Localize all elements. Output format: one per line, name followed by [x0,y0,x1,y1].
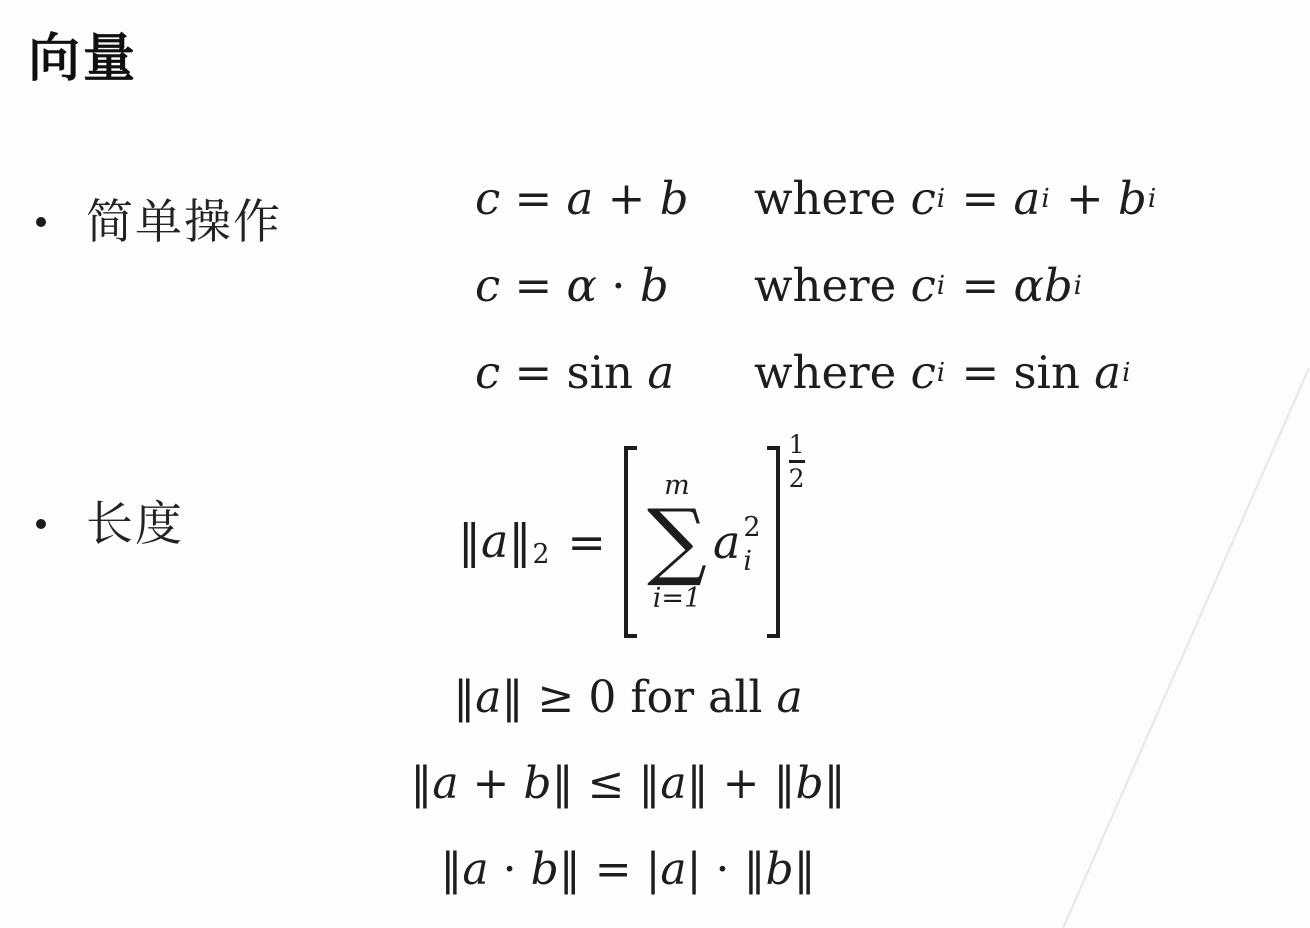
equals-sign: = [567,515,606,569]
bullet-label-simple-operations: 简单操作 [86,194,282,250]
equation-elementwise-sin: c = sin a [475,329,730,416]
sigma-icon: ∑ [647,502,707,579]
norm-nonnegativity: ‖a‖ ≥ 0 for all a [378,655,878,741]
slide-canvas: 向量 简单操作 长度 c = a + b where ci = ai + bi … [0,0,1310,928]
term-subscript: i [743,548,760,575]
term-scripts: 2 i [743,514,760,575]
sum-lower-limit: i=1 [653,585,701,612]
bullet-dot-icon [36,519,46,529]
triangle-inequality: ‖a + b‖ ≤ ‖a‖ + ‖b‖ [378,741,878,827]
fraction-bar [789,460,805,463]
left-bracket [624,446,637,638]
condition-scalar-multiply: where ci = αbi [754,242,1158,329]
bullet-item-simple-operations: 简单操作 [36,194,282,250]
slide-title: 向量 [28,16,138,91]
equation-scalar-multiply: c = α · b [475,242,730,329]
bullet-label-length: 长度 [86,496,184,552]
sum-term: a 2 i [713,512,761,573]
norm-properties: ‖a‖ ≥ 0 for all a ‖a + b‖ ≤ ‖a‖ + ‖b‖ ‖a… [378,655,878,913]
exponent-denominator: 2 [789,466,805,491]
decorative-diagonal-line [1062,368,1310,928]
equation-vector-add: c = a + b [475,155,730,242]
term-superscript: 2 [743,514,760,541]
right-bracket [767,446,780,638]
summation: m ∑ i=1 [647,472,707,611]
exponent-one-half: 1 2 [789,432,805,491]
simple-operations-equations: c = a + b where ci = ai + bi c = α · b w… [475,155,1158,416]
condition-vector-add: where ci = ai + bi [754,155,1158,242]
term-base: a [713,515,740,569]
norm-lhs: ‖a‖2 [458,514,549,571]
bullet-dot-icon [36,217,46,227]
exponent-numerator: 1 [789,432,805,457]
bullet-item-length: 长度 [36,496,184,552]
scalar-homogeneity: ‖a · b‖ = |a| · ‖b‖ [378,827,878,913]
l2-norm-formula: ‖a‖2 = m ∑ i=1 a 2 i 1 2 [458,436,805,648]
condition-elementwise-sin: where ci = sin ai [754,329,1158,416]
